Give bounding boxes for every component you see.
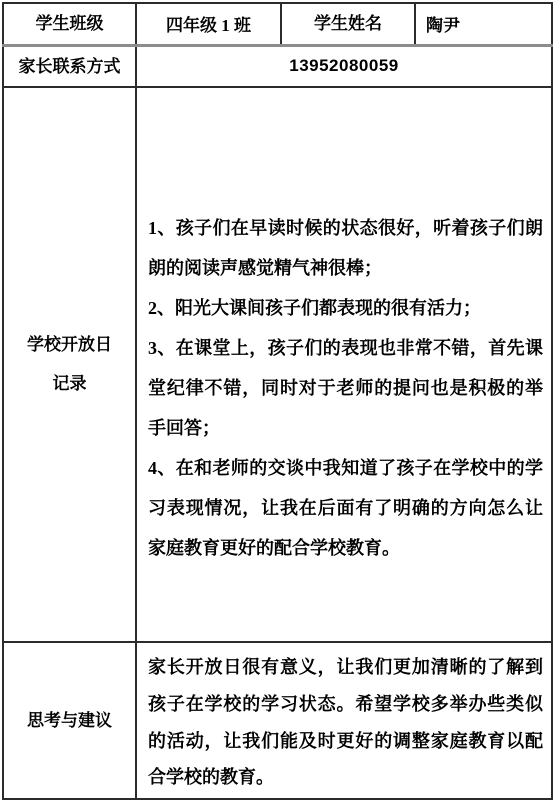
- record-paragraph: 3、在课堂上，孩子们的表现也非常不错，首先课堂纪律不错，同时对于老师的提问也是积…: [148, 329, 543, 449]
- student-class-label: 学生班级: [36, 14, 104, 33]
- student-name-label: 学生姓名: [314, 14, 382, 33]
- suggestion-text: 家长开放日很有意义，让我们更加清晰的了解到孩子在学校的学习状态。希望学校多举办些…: [148, 649, 543, 797]
- contact-value-cell: 13952080059: [136, 45, 552, 87]
- record-row: 学校开放日 记录 1、孩子们在早读时候的状态很好，听着孩子们朗朗的阅读声感觉精气…: [3, 87, 552, 642]
- suggestion-row: 思考与建议 家长开放日很有意义，让我们更加清晰的了解到孩子在学校的学习状态。希望…: [3, 642, 552, 799]
- page: 学生班级 四年级 1 班 学生姓名 陶尹 家长联系方式 13952080059: [0, 0, 554, 809]
- student-class-label-cell: 学生班级: [3, 3, 136, 45]
- record-label-line2: 记录: [4, 364, 135, 403]
- record-paragraph: 2、阳光大课间孩子们都表现的很有活力；: [148, 289, 543, 329]
- student-name-value-cell: 陶尹: [415, 3, 552, 45]
- form-table: 学生班级 四年级 1 班 学生姓名 陶尹 家长联系方式 13952080059: [2, 2, 553, 800]
- student-name-value: 陶尹: [426, 16, 460, 35]
- contact-label: 家长联系方式: [19, 57, 121, 76]
- header-row: 学生班级 四年级 1 班 学生姓名 陶尹: [3, 3, 552, 45]
- record-label-cell: 学校开放日 记录: [3, 87, 136, 642]
- record-paragraph: 1、孩子们在早读时候的状态很好，听着孩子们朗朗的阅读声感觉精气神很棒；: [148, 209, 543, 289]
- record-paragraph: 4、在和老师的交谈中我知道了孩子在学校中的学习表现情况，让我在后面有了明确的方向…: [148, 449, 543, 569]
- record-label-line1: 学校开放日: [4, 325, 135, 364]
- student-class-value-cell: 四年级 1 班: [136, 3, 281, 45]
- suggestion-label: 思考与建议: [4, 701, 135, 740]
- suggestion-label-cell: 思考与建议: [3, 642, 136, 799]
- contact-label-cell: 家长联系方式: [3, 45, 136, 87]
- contact-row: 家长联系方式 13952080059: [3, 45, 552, 87]
- record-content-cell: 1、孩子们在早读时候的状态很好，听着孩子们朗朗的阅读声感觉精气神很棒； 2、阳光…: [136, 87, 552, 642]
- student-name-label-cell: 学生姓名: [281, 3, 415, 45]
- suggestion-content-cell: 家长开放日很有意义，让我们更加清晰的了解到孩子在学校的学习状态。希望学校多举办些…: [136, 642, 552, 799]
- student-class-value: 四年级 1 班: [166, 16, 251, 35]
- phone-number: 13952080059: [289, 56, 399, 75]
